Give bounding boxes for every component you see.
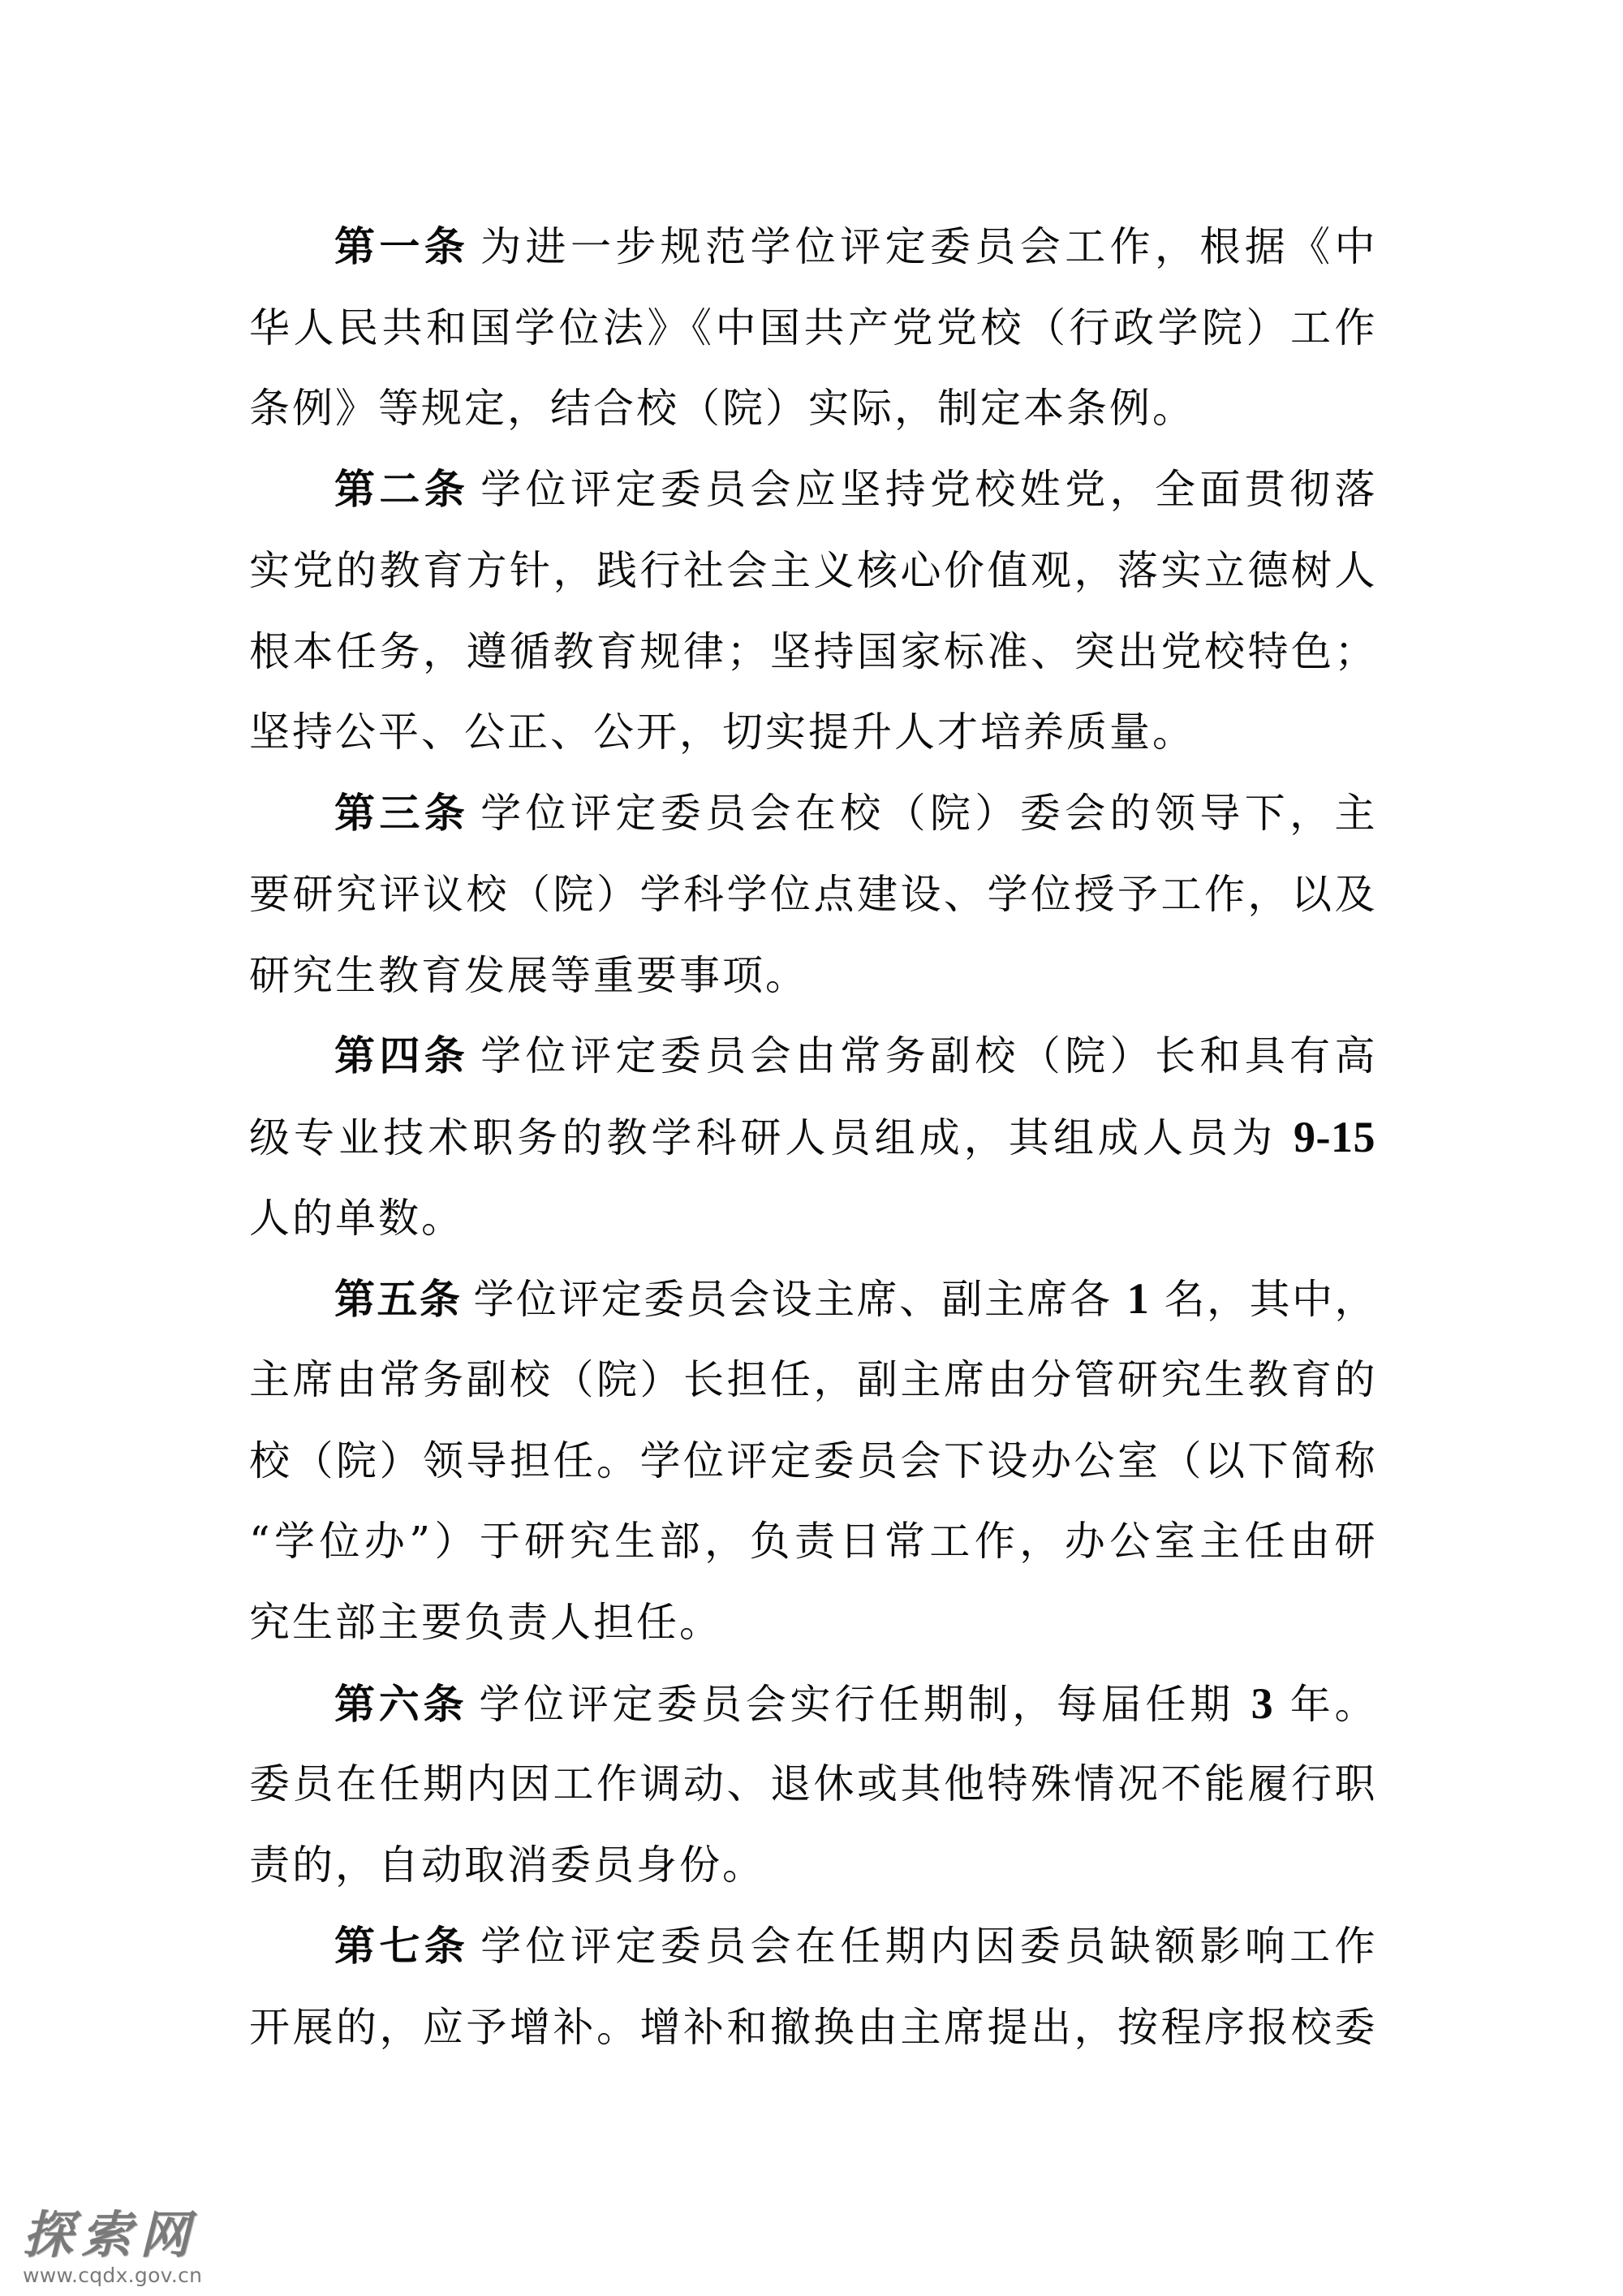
article-text-tail: 名，其中， xyxy=(1165,1276,1375,1323)
article-text: 学位评定委员会设主席、副主席各 xyxy=(473,1276,1112,1323)
watermark-logo: 探索网 xyxy=(15,2206,201,2264)
article-1-line-2: 华人民共和国学位法》《中国共产党党校（行政学院）工作 xyxy=(249,304,1375,352)
document-page: 第一条为进一步规范学位评定委员会工作，根据《中 华人民共和国学位法》《中国共产党… xyxy=(0,0,1623,2296)
article-5-line-3: 校（院）领导担任。学位评定委员会下设办公室（以下简称 xyxy=(249,1437,1375,1485)
article-6-line-3: 责的，自动取消委员身份。 xyxy=(249,1841,1375,1889)
article-text: 学位评定委员会在任期内因委员缺额影响工作 xyxy=(480,1923,1375,1970)
article-3-line-1: 第三条学位评定委员会在校（院）委会的领导下，主 xyxy=(334,789,1375,838)
article-label: 第一条 xyxy=(334,223,469,270)
article-2-line-1: 第二条学位评定委员会应坚持党校姓党，全面贯彻落 xyxy=(334,465,1375,514)
article-text-tail: 年。 xyxy=(1290,1681,1375,1728)
article-label: 第三条 xyxy=(334,790,469,837)
article-1-line-1: 第一条为进一步规范学位评定委员会工作，根据《中 xyxy=(334,222,1375,271)
article-label: 第四条 xyxy=(334,1032,469,1079)
article-label: 第五条 xyxy=(334,1276,462,1323)
article-3-line-2: 要研究评议校（院）学科学位点建设、学位授予工作，以及 xyxy=(249,870,1375,919)
watermark-url: www.cqdx.gov.cn xyxy=(15,2264,201,2287)
article-6-line-2: 委员在任期内因工作调动、退休或其他特殊情况不能履行职 xyxy=(249,1760,1375,1808)
member-count: 9-15 xyxy=(1294,1113,1375,1161)
article-6-line-1: 第六条学位评定委员会实行任期制，每届任期 3 年。 xyxy=(334,1679,1375,1728)
article-5-line-2: 主席由常务副校（院）长担任，副主席由分管研究生教育的 xyxy=(249,1355,1375,1404)
article-text: 学位评定委员会实行任期制，每届任期 xyxy=(479,1681,1234,1728)
article-text: 学位评定委员会由常务副校（院）长和具有高 xyxy=(480,1032,1375,1079)
article-2-line-4: 坚持公平、公正、公开，切实提升人才培养质量。 xyxy=(249,708,1375,756)
article-4-line-2: 级专业技术职务的教学科研人员组成，其组成人员为 9-15 xyxy=(249,1113,1375,1161)
article-5-line-5: 究生部主要负责人担任。 xyxy=(249,1598,1375,1647)
article-text: 级专业技术职务的教学科研人员组成，其组成人员为 xyxy=(249,1114,1276,1161)
article-2-line-2: 实党的教育方针，践行社会主义核心价值观，落实立德树人 xyxy=(249,546,1375,595)
article-3-line-3: 研究生教育发展等重要事项。 xyxy=(249,951,1375,1000)
article-label: 第六条 xyxy=(334,1681,467,1728)
article-2-line-3: 根本任务，遵循教育规律；坚持国家标准、突出党校特色； xyxy=(249,627,1375,676)
article-1-line-3: 条例》等规定，结合校（院）实际，制定本条例。 xyxy=(249,384,1375,433)
article-5-line-4: “学位办”）于研究生部，负责日常工作，办公室主任由研 xyxy=(249,1517,1375,1566)
article-label: 第二条 xyxy=(334,466,469,513)
article-7-line-1: 第七条学位评定委员会在任期内因委员缺额影响工作 xyxy=(334,1922,1375,1971)
site-watermark: 探索网 www.cqdx.gov.cn xyxy=(15,2206,201,2291)
article-text: 为进一步规范学位评定委员会工作，根据《中 xyxy=(480,223,1375,270)
term-years: 3 xyxy=(1251,1679,1274,1728)
article-label: 第七条 xyxy=(334,1923,469,1970)
article-4-line-1: 第四条学位评定委员会由常务副校（院）长和具有高 xyxy=(334,1032,1375,1080)
article-5-line-1: 第五条学位评定委员会设主席、副主席各 1 名，其中， xyxy=(334,1274,1375,1323)
article-text: 学位评定委员会应坚持党校姓党，全面贯彻落 xyxy=(480,466,1375,513)
article-7-line-2: 开展的，应予增补。增补和撤换由主席提出，按程序报校委 xyxy=(249,2003,1375,2052)
article-text: 学位评定委员会在校（院）委会的领导下，主 xyxy=(480,790,1375,837)
article-4-line-3: 人的单数。 xyxy=(249,1194,1375,1243)
chair-count: 1 xyxy=(1127,1274,1150,1323)
